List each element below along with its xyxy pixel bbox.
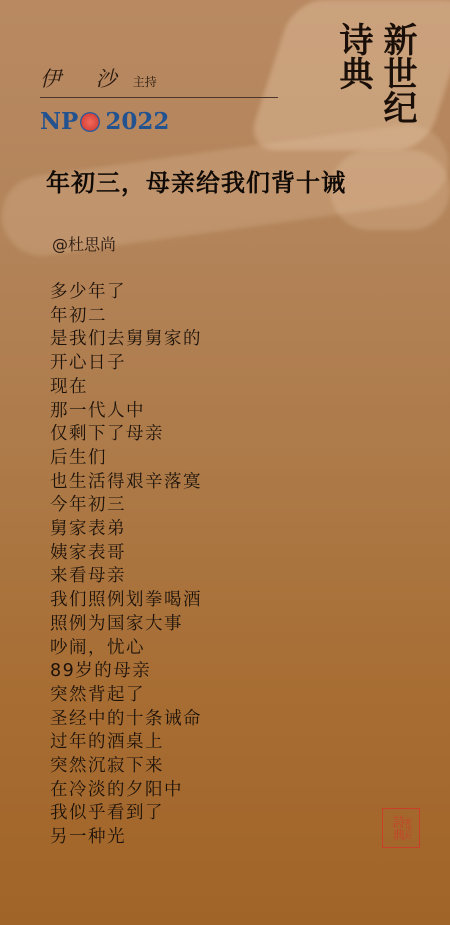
poem-body: 多少年了 年初二 是我们去舅舅家的 开心日子 现在 那一代人中 仅剩下了母亲 后… [50, 281, 202, 850]
poem-title: 年初三，母亲给我们背十诫 [46, 163, 346, 198]
host-name: 伊 沙 [40, 63, 131, 93]
seal-small-text: 新世紀 [405, 818, 413, 839]
poem-line: 年初二 [50, 305, 202, 329]
poem-line: 姨家表哥 [50, 542, 202, 566]
brand-title-left: 诗典 [334, 22, 372, 90]
logo-prefix: NP [40, 108, 78, 135]
poem-line: 今年初三 [50, 494, 202, 518]
poem-line: 多少年了 [50, 281, 202, 305]
poem-line: 89岁的母亲 [50, 660, 202, 684]
poem-author: @杜思尚 [52, 232, 116, 255]
poem-line: 过年的酒桌上 [50, 731, 202, 755]
npc-logo: NP 2022 [40, 108, 169, 135]
seal-big-text: 詩典 [390, 815, 404, 841]
poem-line: 是我们去舅舅家的 [50, 328, 202, 352]
poem-line: 在冷淡的夕阳中 [50, 779, 202, 803]
poem-line: 仅剩下了母亲 [50, 423, 202, 447]
poem-line: 那一代人中 [50, 400, 202, 424]
poem-line: 舅家表弟 [50, 518, 202, 542]
poem-line: 开心日子 [50, 352, 202, 376]
poem-line: 突然背起了 [50, 684, 202, 708]
globe-icon [80, 112, 100, 132]
poem-line: 圣经中的十条诫命 [50, 708, 202, 732]
poem-line: 现在 [50, 376, 202, 400]
poem-line: 后生们 [50, 447, 202, 471]
brand-title-right: 新世纪 [378, 22, 416, 124]
poem-line: 我们照例划拳喝酒 [50, 589, 202, 613]
seal-stamp: 新世紀 詩典 [382, 808, 420, 848]
logo-year: 2022 [105, 108, 169, 135]
header-divider [40, 97, 278, 98]
poem-line: 也生活得艰辛落寞 [50, 471, 202, 495]
poem-page: 伊 沙 主持 NP 2022 新世纪 诗典 年初三，母亲给我们背十诫 @杜思尚 … [0, 0, 450, 925]
host-role: 主持 [133, 73, 157, 90]
brush-stroke-decoration [330, 150, 450, 230]
host-credit: 伊 沙 主持 [40, 63, 157, 93]
poem-line: 另一种光 [50, 826, 202, 850]
poem-line: 突然沉寂下来 [50, 755, 202, 779]
poem-line: 来看母亲 [50, 565, 202, 589]
poem-line: 我似乎看到了 [50, 802, 202, 826]
poem-line: 照例为国家大事 [50, 613, 202, 637]
poem-line: 吵闹，忧心 [50, 637, 202, 661]
